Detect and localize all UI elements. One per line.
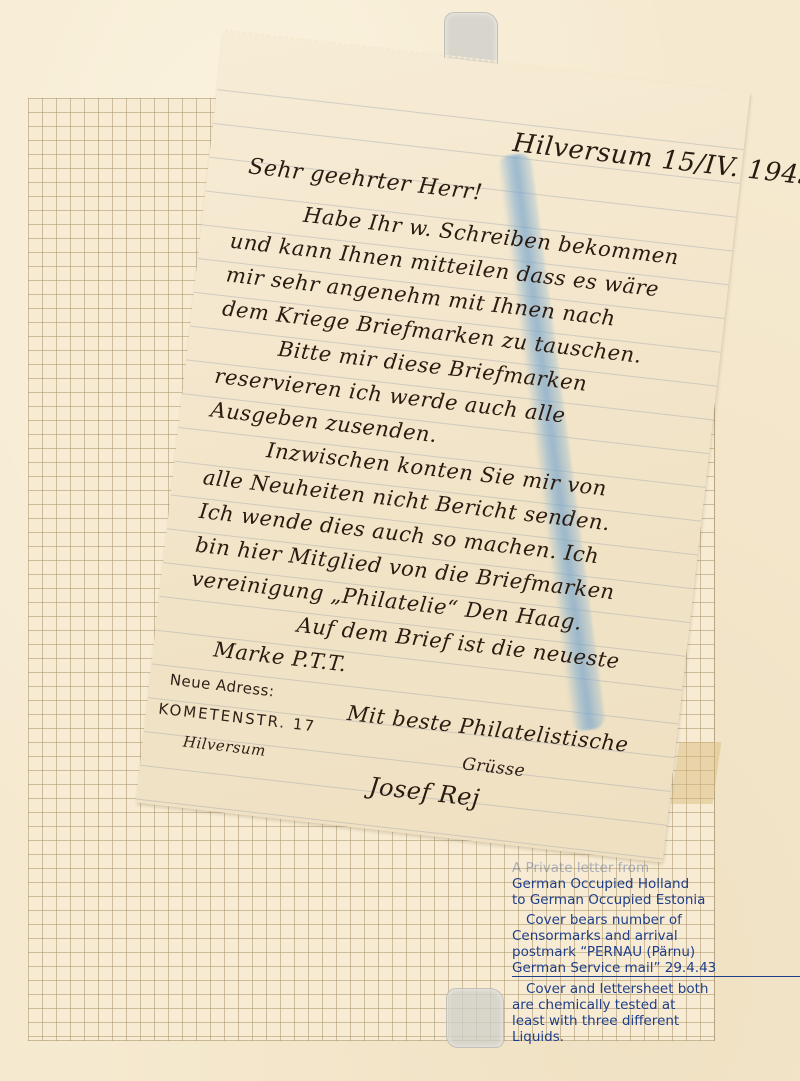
annotation-line: Cover and lettersheet both bbox=[512, 981, 800, 997]
address-city: Hilversum bbox=[182, 733, 267, 760]
stamp-hinge-bottom bbox=[446, 988, 504, 1048]
annotation-line: A Private letter from bbox=[512, 860, 800, 876]
annotation-line: to German Occupied Estonia bbox=[512, 892, 800, 908]
annotation-line: Cover bears number of bbox=[512, 912, 800, 928]
new-address-label: Neue Adress: bbox=[169, 671, 276, 701]
tape-residue bbox=[671, 742, 722, 804]
annotation-line: Censormarks and arrival bbox=[512, 928, 800, 944]
letter-line: Marke P.T.T. bbox=[212, 637, 347, 676]
collector-annotation: A Private letter from German Occupied Ho… bbox=[512, 860, 800, 1049]
annotation-line: German Occupied Holland bbox=[512, 876, 800, 892]
annotation-line: German Service mail” 29.4.43 bbox=[512, 960, 800, 977]
annotation-line: least with three different bbox=[512, 1013, 800, 1029]
annotation-line: postmark “PERNAU (Pärnu) bbox=[512, 944, 800, 960]
address-street: KOMETENSTR. 17 bbox=[158, 700, 317, 736]
annotation-line: Liquids. bbox=[512, 1029, 800, 1045]
annotation-line: are chemically tested at bbox=[512, 997, 800, 1013]
letter-signature: Josef Rej bbox=[368, 772, 482, 812]
handwritten-letter: Hilversum 15/IV. 1943 Sehr geehrter Herr… bbox=[136, 32, 750, 862]
letter-salutation: Sehr geehrter Herr! bbox=[247, 154, 484, 206]
letter-closing-greeting: Grüsse bbox=[461, 754, 526, 781]
